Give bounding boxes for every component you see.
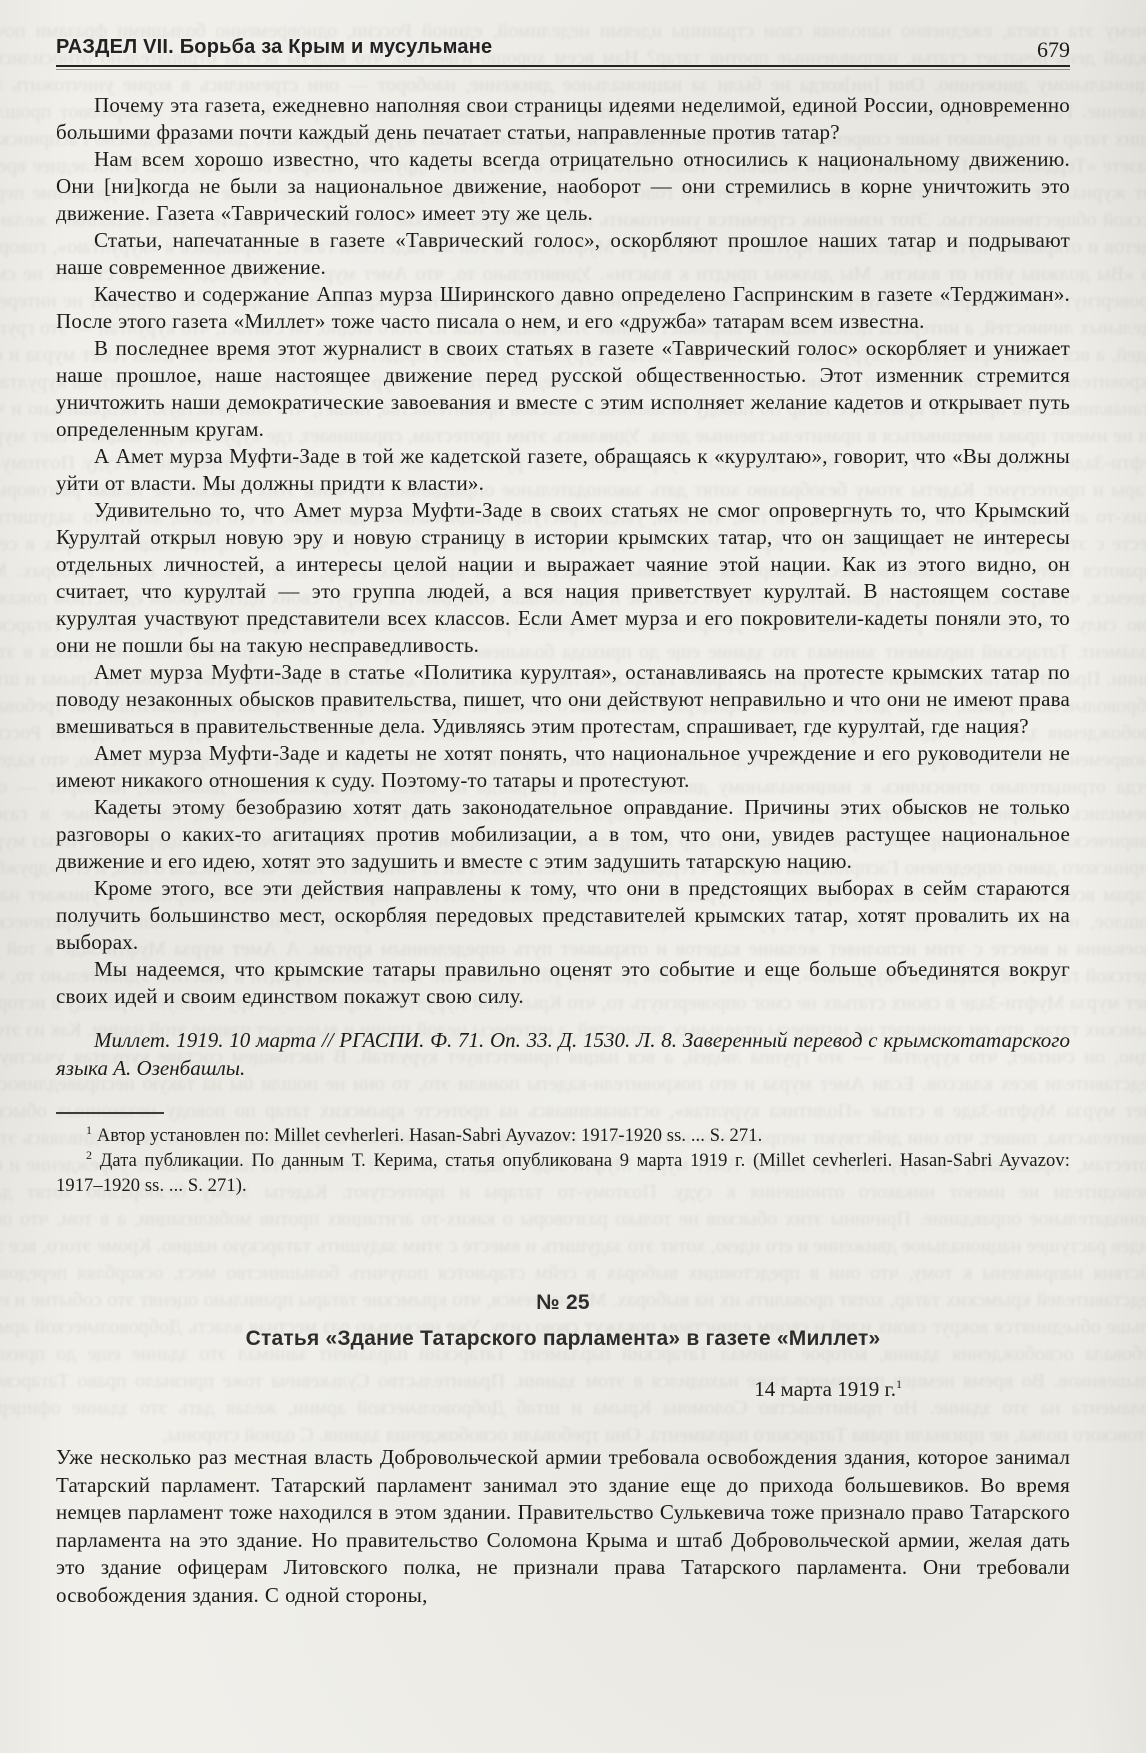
document-24-text: Почему эта газета, ежедневно наполняя св… <box>56 92 1070 1010</box>
footnotes: 1 Автор установлен по: Millet cevherleri… <box>56 1124 1070 1199</box>
footnote-separator <box>56 1112 164 1114</box>
document-title: Статья «Здание Татарского парламента» в … <box>56 1327 1070 1351</box>
document-date: 14 марта 1919 г.1 <box>56 1377 1070 1402</box>
page-content: РАЗДЕЛ VII. Борьба за Крым и мусульмане … <box>0 0 1146 1610</box>
body-paragraph: Амет мурза Муфти-Заде и кадеты не хотят … <box>56 740 1070 794</box>
page-header: РАЗДЕЛ VII. Борьба за Крым и мусульмане … <box>56 36 1070 65</box>
footnote-marker: 1 <box>896 1377 902 1391</box>
body-paragraph: А Амет мурза Муфти-Заде в той же кадетск… <box>56 443 1070 497</box>
document-number: № 25 <box>56 1291 1070 1315</box>
body-paragraph: Кроме этого, все эти действия направлены… <box>56 875 1070 956</box>
footnote: 1 Автор установлен по: Millet cevherleri… <box>56 1124 1070 1149</box>
body-paragraph: Нам всем хорошо известно, что кадеты все… <box>56 146 1070 227</box>
footnote-marker: 1 <box>86 1123 92 1137</box>
body-paragraph: В последнее время этот журналист в своих… <box>56 335 1070 443</box>
header-rule <box>56 65 1070 67</box>
body-paragraph: Мы надеемся, что крымские татары правиль… <box>56 956 1070 1010</box>
body-paragraph: Качество и содержание Аппаз мурза Ширинс… <box>56 281 1070 335</box>
document-date-text: 14 марта 1919 г. <box>754 1377 896 1401</box>
archival-source-citation: Миллет. 1919. 10 марта // РГАСПИ. Ф. 71.… <box>56 1027 1070 1082</box>
body-paragraph: Удивительно то, что Амет мурза Муфти-Зад… <box>56 497 1070 659</box>
footnote-marker: 2 <box>86 1148 92 1162</box>
running-title: РАЗДЕЛ VII. Борьба за Крым и мусульмане <box>56 36 492 65</box>
page-number: 679 <box>1037 39 1070 65</box>
body-paragraph: Почему эта газета, ежедневно наполняя св… <box>56 92 1070 146</box>
body-paragraph: Кадеты этому безобразию хотят дать закон… <box>56 794 1070 875</box>
scanned-book-page: Почему эта газета, ежедневно наполняя св… <box>0 0 1146 1753</box>
document-25-paragraph: Уже несколько раз местная власть Доброво… <box>56 1444 1070 1610</box>
header-rule-echo <box>56 69 1070 70</box>
body-paragraph: Амет мурза Муфти-Заде в статье «Политика… <box>56 659 1070 740</box>
document-25-heading: № 25 Статья «Здание Татарского парламент… <box>56 1291 1070 1402</box>
body-paragraph: Статьи, напечатанные в газете «Таврическ… <box>56 227 1070 281</box>
footnote: 2 Дата публикации. По данным Т. Керима, … <box>56 1149 1070 1199</box>
